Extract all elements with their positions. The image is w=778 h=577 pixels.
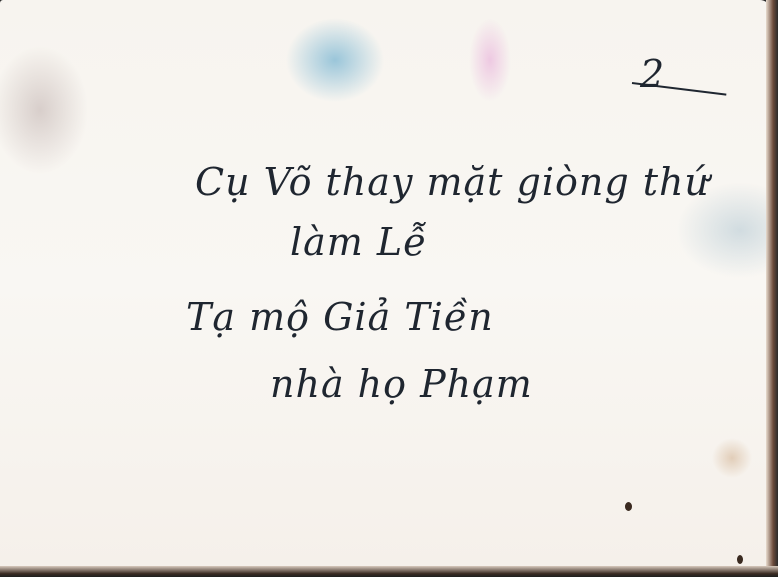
handwriting-line-3: Tạ mộ Giả Tiền — [186, 295, 494, 339]
ink-spot — [625, 502, 632, 511]
handwriting-line-4: nhà họ Phạm — [270, 362, 533, 406]
handwriting-line-1: Cụ Võ thay mặt giòng thứ — [195, 160, 710, 204]
handwriting-line-2: làm Lễ — [290, 220, 428, 264]
card-edge-bottom — [0, 566, 778, 577]
page-number: 2 — [640, 52, 664, 96]
card-edge-right — [766, 0, 778, 577]
paper-card: 2 Cụ Võ thay mặt giòng thứ làm Lễ Tạ mộ … — [0, 0, 770, 572]
ink-spot — [737, 555, 743, 564]
